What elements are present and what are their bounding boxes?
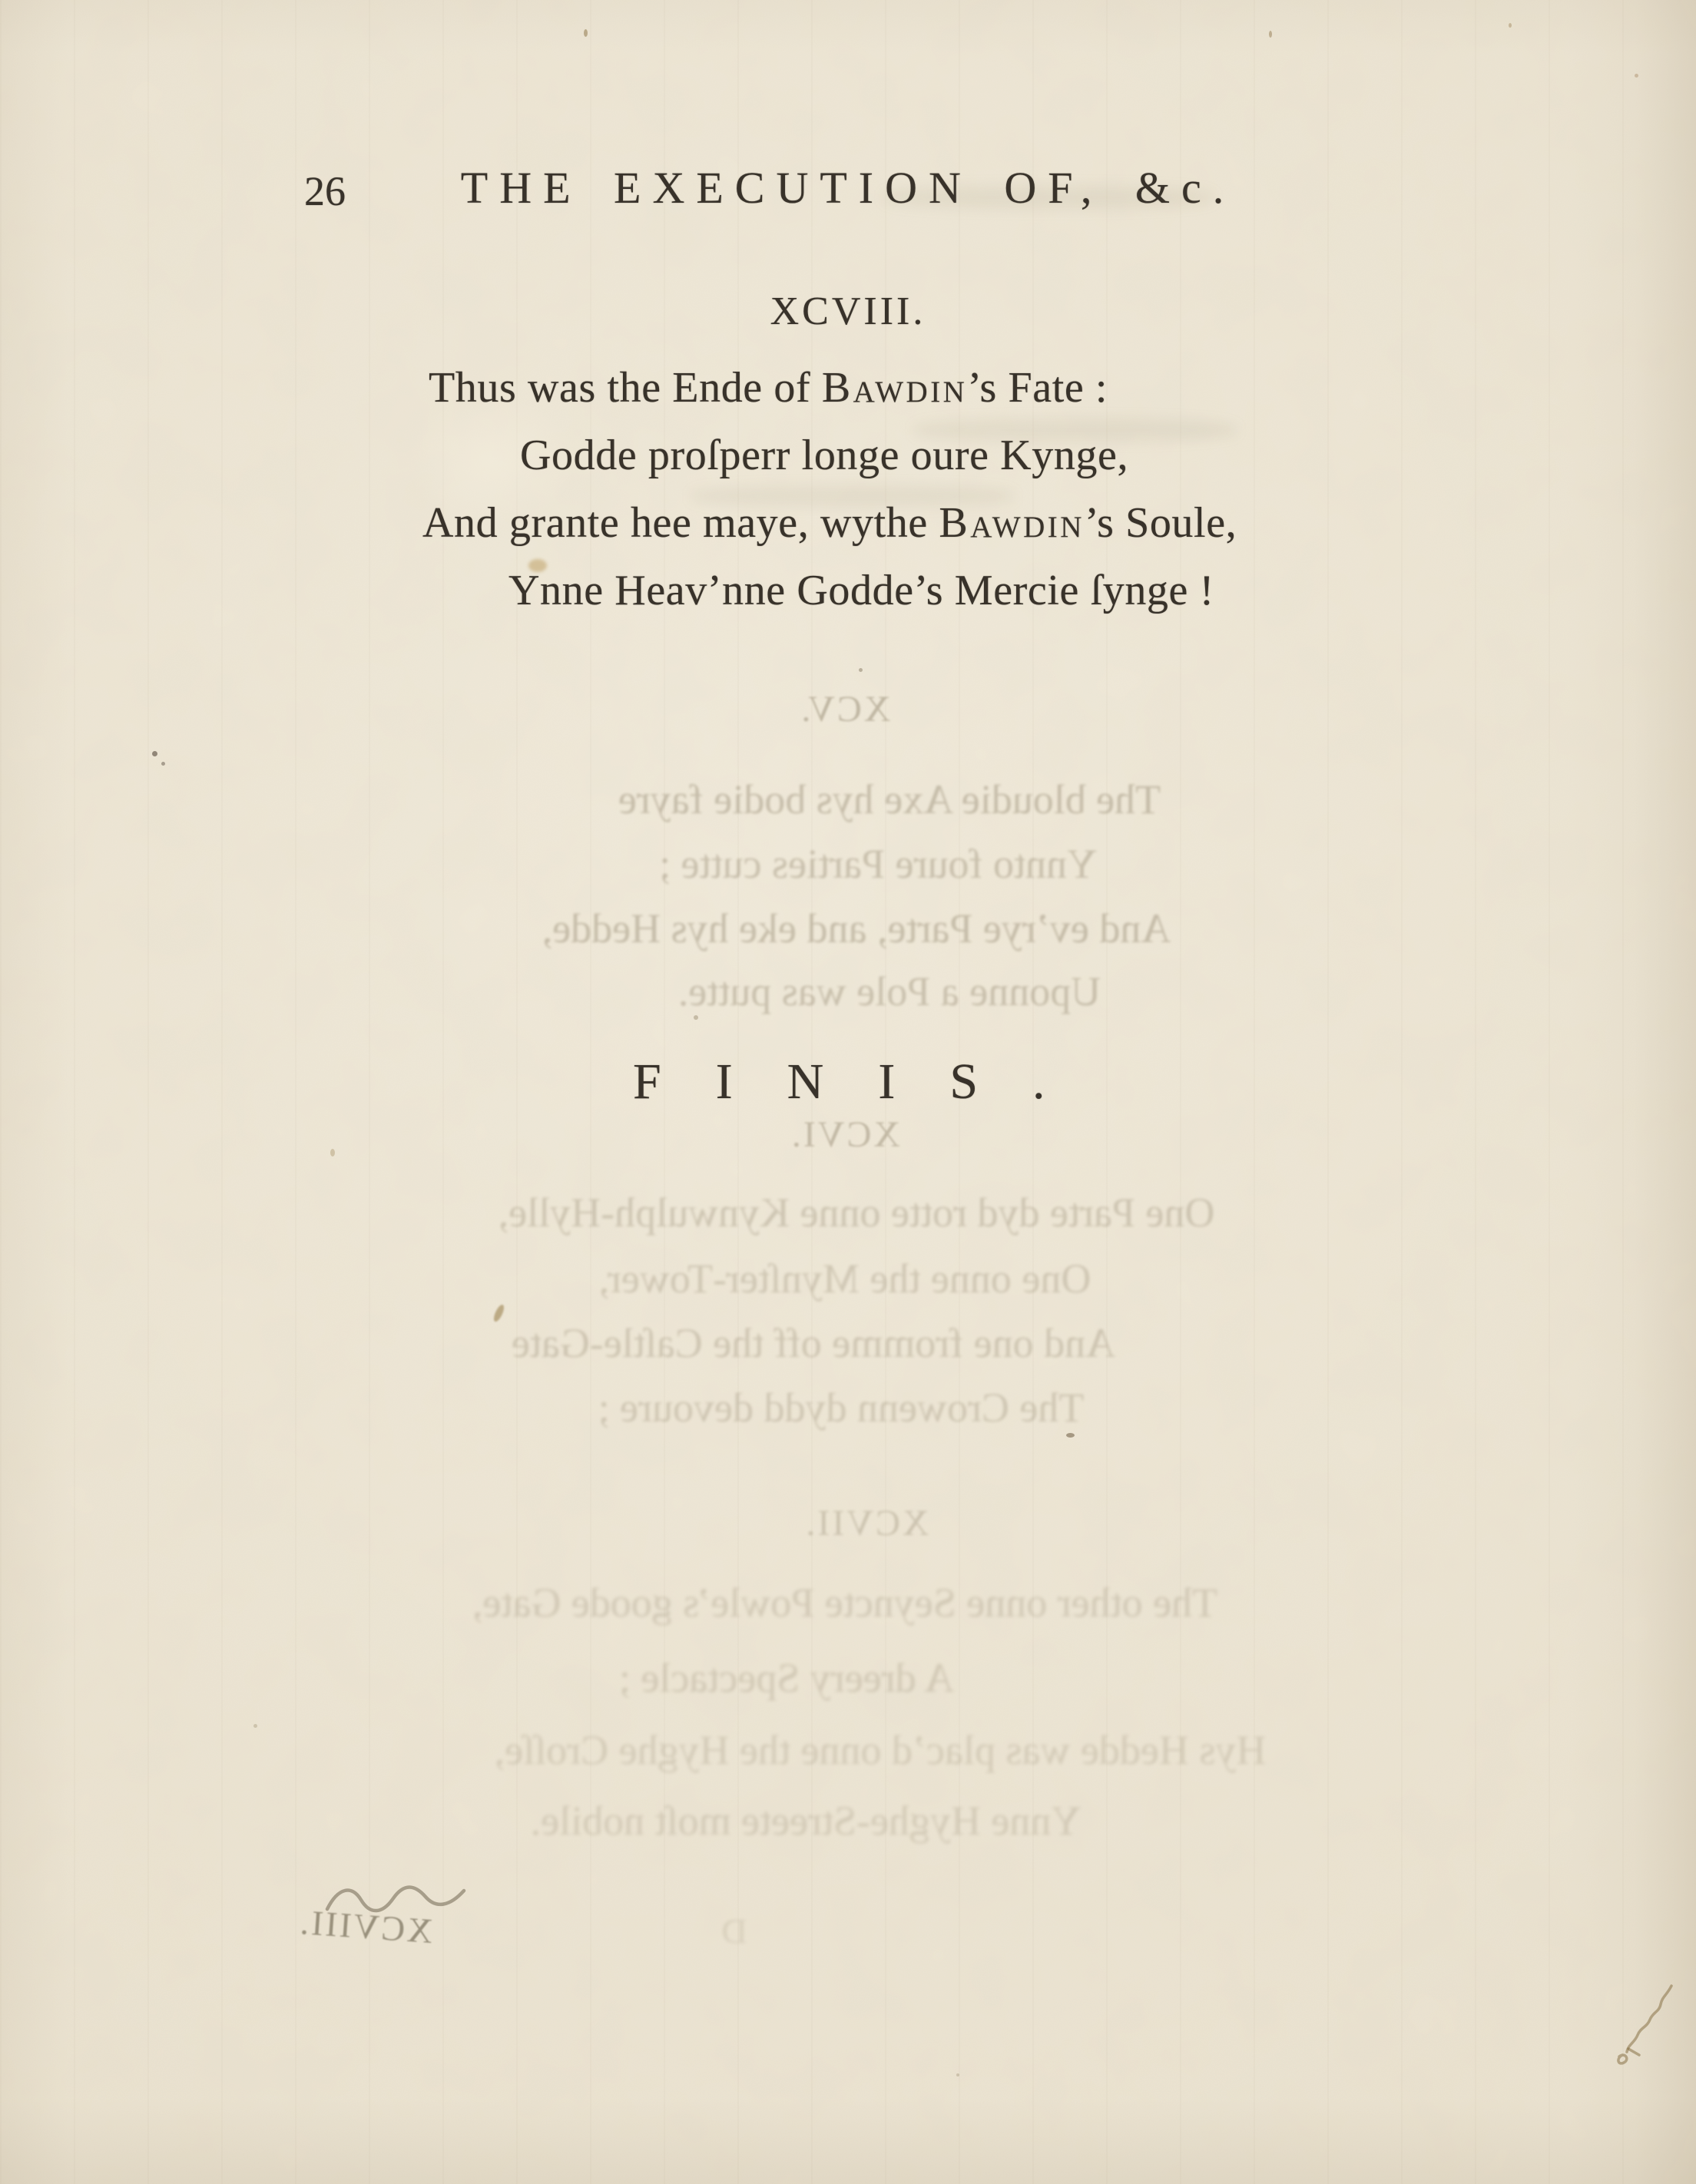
bleedthrough-line: And ev’rye Parte, and eke hys Hedde, <box>8 906 1696 951</box>
bleedthrough-heading-xcvi: XCVI. <box>0 1115 1693 1156</box>
bleedthrough-line: Uponne a Pole was putte. <box>41 969 1696 1014</box>
bleedthrough-line: The other onne Seyncte Powle’s goode Gat… <box>0 1580 1693 1626</box>
bleedthrough-heading-xcv: XCV. <box>0 690 1693 730</box>
paper-speck <box>1635 74 1638 78</box>
paper-speck <box>161 762 165 766</box>
paper-speck <box>152 751 157 756</box>
bleedthrough-line: The Crowenn dydd devoure ; <box>0 1385 1689 1431</box>
poem-line-4: Ynne Heav’nne Godde’s Mercie ſynge ! <box>508 566 1214 615</box>
bleedthrough-line: One Parte dyd rotte onne Kynwulph-Hylle, <box>8 1190 1696 1236</box>
bleedthrough-line: Hys Hedde was plac’d onne the Hyghe Croſ… <box>32 1728 1696 1773</box>
bleedthrough-heading-xcvii: XCVII. <box>18 1504 1696 1544</box>
paper-speck <box>330 1149 335 1157</box>
poem-text: ’s Soule, <box>1085 499 1237 547</box>
bleedthrough-line: The bloudie Axe hys bodie fayre <box>41 777 1696 822</box>
handwriting-ink-scribble <box>1605 1981 1682 2081</box>
bleedthrough-line: One onne the Mynſter-Tower, <box>0 1256 1693 1302</box>
poem-line-3: And grante hee maye, wythe Bawdin’s Soul… <box>422 498 1237 548</box>
bleedthrough-line: And one fromme off the Caſtle-Gate <box>0 1321 1661 1366</box>
paper-speck <box>1509 23 1512 28</box>
poem-line-1: Thus was the Ende of Bawdin’s Fate : <box>429 363 1108 412</box>
poem-text: Thus was the Ende of <box>429 364 822 412</box>
poem-text: And grante hee maye, wythe <box>422 499 939 547</box>
book-page-scan: XCV. The bloudie Axe hys bodie fayre Ynn… <box>0 0 1696 2184</box>
small-caps-name: Bawdin <box>822 364 968 412</box>
small-caps-name: Bawdin <box>939 499 1085 547</box>
paper-speck <box>253 1724 257 1728</box>
foxing-stain <box>492 1303 505 1323</box>
paper-speck <box>859 668 863 672</box>
paper-speck <box>694 1015 698 1020</box>
poem-text: Ynne Heav’nne Godde’s Mercie ſynge ! <box>508 567 1214 614</box>
bleedthrough-line: A dreery Spectacle ; <box>0 1656 1635 1701</box>
finis-colophon: FINIS. <box>633 1057 1100 1107</box>
paper-speck <box>584 29 588 37</box>
bleedthrough-signature-mark: D <box>0 1912 1582 1951</box>
poem-text: ’s Fate : <box>967 364 1108 412</box>
paper-speck <box>956 2073 959 2076</box>
running-title: THE EXECUTION OF, &c. <box>0 166 1696 210</box>
bleedthrough-line: Ynne Hyghe-Streete moſt nobile. <box>0 1798 1654 1844</box>
poem-line-2: Godde proſperr longe oure Kynge, <box>520 431 1128 480</box>
bleedthrough-corner-mark-xcviii: XCVIII. <box>296 1901 434 1951</box>
paper-speck <box>1269 31 1272 38</box>
paper-speck <box>1066 1433 1075 1438</box>
bleedthrough-line: Ynnto foure Parties cutte ; <box>30 842 1696 887</box>
poem-text: Godde proſperr longe oure Kynge, <box>520 432 1128 479</box>
stanza-heading: XCVIII. <box>0 292 1696 332</box>
